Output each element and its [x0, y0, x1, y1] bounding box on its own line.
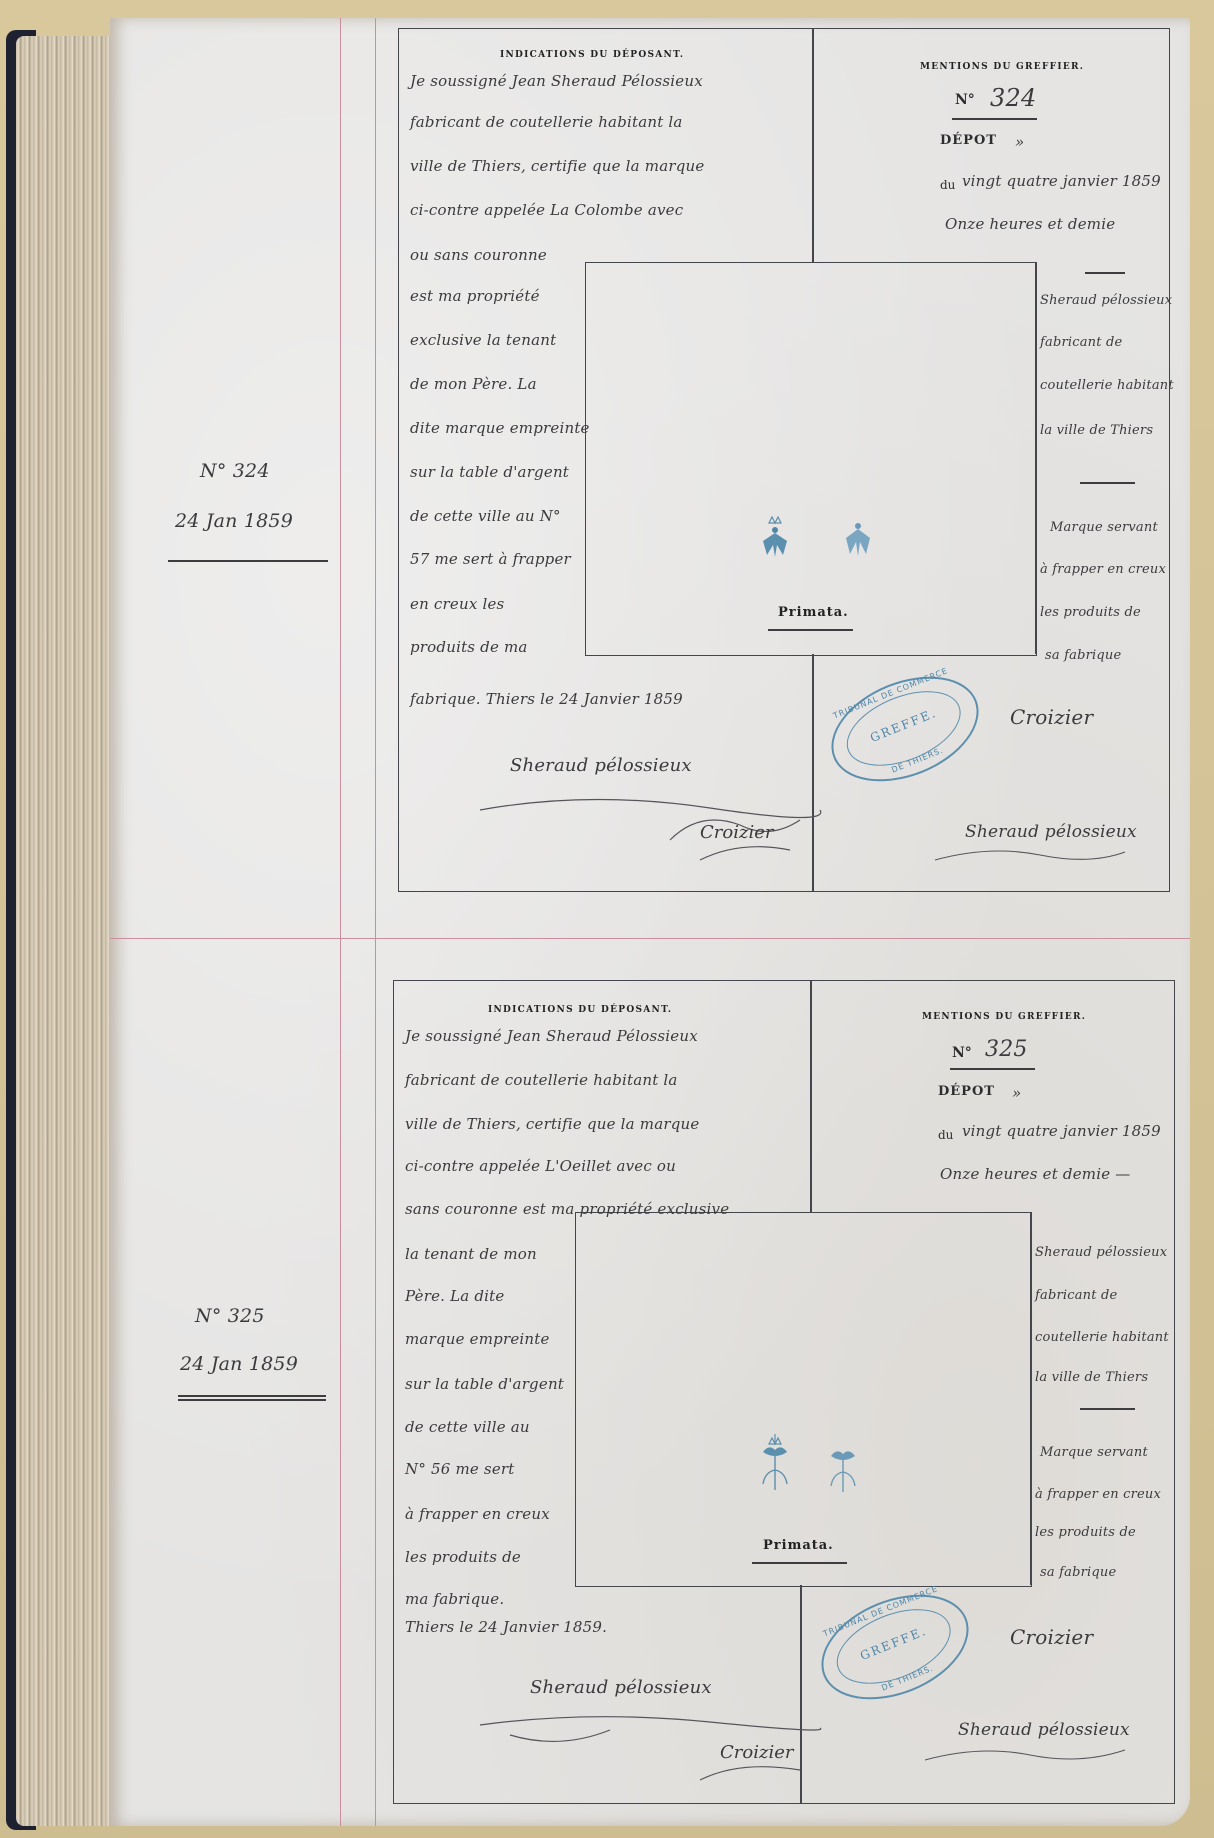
greffier-rule-2 [1080, 482, 1135, 484]
text-line: ci-contre appelée La Colombe avec [410, 201, 683, 219]
mark-box [575, 1212, 1032, 1587]
crowned-carnation-icon [755, 1432, 795, 1494]
mark-caption: Primata. [778, 605, 849, 620]
text-line: Je soussigné Jean Sheraud Pélossieux [405, 1027, 698, 1045]
text-line: marque empreinte [405, 1330, 550, 1348]
text-line: de cette ville au N° [410, 507, 561, 525]
text-line: ma fabrique. [405, 1590, 504, 1608]
text-line: 57 me sert à frapper [410, 550, 571, 568]
deposant-signature: Sheraud pélossieux [510, 755, 692, 776]
column-divider [810, 980, 812, 1212]
text-line: ou sans couronne [410, 246, 547, 264]
text-line: Marque servant [1050, 520, 1158, 535]
depot-label: DÉPOT [938, 1084, 995, 1099]
text-line: produits de ma [410, 638, 528, 656]
greffier-header: MENTIONS DU GREFFIER. [920, 62, 1084, 72]
text-line: fabricant de coutellerie habitant la [405, 1071, 678, 1089]
text-line: à frapper en creux [405, 1505, 550, 1523]
text-line: sa fabrique [1045, 648, 1121, 663]
margin-date: 24 Jan 1859 [180, 1353, 298, 1375]
number-value: 325 [985, 1037, 1028, 1062]
svg-text:Croizier: Croizier [720, 1742, 795, 1763]
text-line: fabricant de [1040, 335, 1122, 350]
number-underline [952, 118, 1037, 120]
depot-mark: » [1012, 1084, 1021, 1102]
carnation-icon [825, 1448, 861, 1496]
signature-flourish: Croizier [470, 780, 830, 880]
deposant-header: INDICATIONS DU DÉPOSANT. [500, 50, 684, 60]
text-line: dite marque empreinte [410, 419, 590, 437]
margin-number: N° 325 [195, 1305, 265, 1327]
du-label: du [940, 178, 955, 192]
deposant-header: INDICATIONS DU DÉPOSANT. [488, 1005, 672, 1015]
greffier-signature-2: Sheraud pélossieux [958, 1720, 1130, 1740]
text-line: exclusive la tenant [410, 331, 556, 349]
text-line: la ville de Thiers [1040, 423, 1153, 438]
depot-date: vingt quatre janvier 1859 [962, 1122, 1161, 1140]
text-line: à frapper en creux [1040, 562, 1166, 577]
number-label: N° [955, 92, 975, 108]
greffier-signature: Croizier [1010, 705, 1093, 729]
text-line: fabrique. Thiers le 24 Janvier 1859 [410, 690, 683, 708]
signature-flourish-2 [920, 1740, 1130, 1770]
caption-underline [752, 1562, 847, 1564]
signature-flourish: Croizier [470, 1700, 830, 1800]
depot-time: Onze heures et demie [945, 215, 1115, 233]
text-line: Père. La dite [405, 1287, 504, 1305]
mark-box-right [1030, 1212, 1032, 1585]
crowned-eagle-icon [755, 515, 795, 565]
text-line: N° 56 me sert [405, 1460, 515, 1478]
text-line: la ville de Thiers [1035, 1370, 1148, 1385]
number-label: N° [952, 1045, 972, 1061]
text-line: en creux les [410, 595, 504, 613]
entry-separator-rule [110, 938, 1190, 939]
du-label: du [938, 1128, 953, 1142]
text-line: Thiers le 24 Janvier 1859. [405, 1618, 607, 1636]
greffier-rule [1085, 272, 1125, 274]
margin-rule [340, 18, 341, 1826]
greffier-signature: Croizier [1010, 1625, 1093, 1649]
greffier-signature-2: Sheraud pélossieux [965, 822, 1137, 842]
margin-underline-2 [178, 1399, 326, 1401]
mark-caption: Primata. [763, 1538, 834, 1553]
text-line: sa fabrique [1040, 1565, 1116, 1580]
text-line: fabricant de [1035, 1288, 1117, 1303]
text-line: la tenant de mon [405, 1245, 537, 1263]
number-underline [950, 1068, 1035, 1070]
depot-date: vingt quatre janvier 1859 [962, 172, 1161, 190]
text-line: Marque servant [1040, 1445, 1148, 1460]
text-line: sur la table d'argent [410, 463, 569, 481]
text-line: les produits de [1040, 605, 1141, 620]
deposant-signature: Sheraud pélossieux [530, 1677, 712, 1698]
text-line: sans couronne est ma propriété exclusive [405, 1200, 729, 1218]
margin-number: N° 324 [200, 460, 270, 482]
mark-box-right [1035, 262, 1037, 654]
text-line: Sheraud pélossieux [1035, 1245, 1167, 1260]
margin-rule-2 [375, 18, 376, 1826]
column-divider [812, 28, 814, 262]
page-stack-edge [16, 36, 112, 1826]
caption-underline [768, 629, 853, 631]
text-line: est ma propriété [410, 287, 540, 305]
text-line: coutellerie habitant [1040, 378, 1174, 393]
text-line: Sheraud pélossieux [1040, 293, 1172, 308]
text-line: Je soussigné Jean Sheraud Pélossieux [410, 72, 703, 90]
signature-flourish-2 [930, 840, 1130, 870]
depot-time: Onze heures et demie — [940, 1165, 1130, 1183]
depot-mark: » [1015, 133, 1024, 151]
text-line: de mon Père. La [410, 375, 537, 393]
text-line: ci-contre appelée L'Oeillet avec ou [405, 1157, 676, 1175]
text-line: fabricant de coutellerie habitant la [410, 113, 683, 131]
text-line: les produits de [405, 1548, 521, 1566]
greffier-header: MENTIONS DU GREFFIER. [922, 1012, 1086, 1022]
text-line: de cette ville au [405, 1418, 530, 1436]
eagle-icon [840, 518, 876, 562]
text-line: à frapper en creux [1035, 1487, 1161, 1502]
mark-box [585, 262, 1037, 656]
text-line: ville de Thiers, certifie que la marque [405, 1115, 699, 1133]
margin-underline [168, 560, 328, 562]
text-line: coutellerie habitant [1035, 1330, 1169, 1345]
greffier-rule [1080, 1408, 1135, 1410]
text-line: les produits de [1035, 1525, 1136, 1540]
depot-label: DÉPOT [940, 133, 997, 148]
margin-date: 24 Jan 1859 [175, 510, 293, 532]
svg-text:Croizier: Croizier [700, 822, 775, 843]
number-value: 324 [990, 84, 1036, 112]
text-line: sur la table d'argent [405, 1375, 564, 1393]
text-line: ville de Thiers, certifie que la marque [410, 157, 704, 175]
margin-underline [178, 1395, 326, 1397]
